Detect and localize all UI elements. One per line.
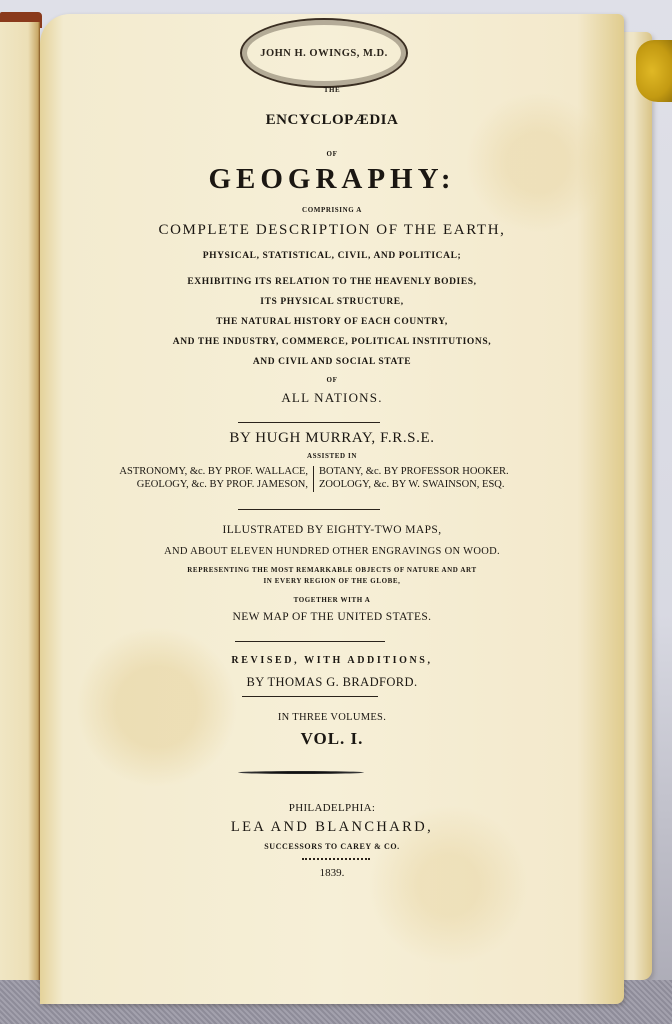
divider-rule-1 xyxy=(238,422,380,423)
reviser-line: BY THOMAS G. BRADFORD. xyxy=(40,675,624,690)
stamp-text: JOHN H. OWINGS, M.D. xyxy=(260,48,388,59)
volume-number: VOL. I. xyxy=(40,729,624,749)
city-line: PHILADELPHIA: xyxy=(40,802,624,814)
natural-history-line: THE NATURAL HISTORY OF EACH COUNTRY, xyxy=(40,317,624,327)
year-line: 1839. xyxy=(40,867,624,879)
divider-rule-3 xyxy=(235,641,385,642)
author-line: BY HUGH MURRAY, F.R.S.E. xyxy=(40,430,624,447)
volumes-line: IN THREE VOLUMES. xyxy=(40,712,624,723)
credit-geology: GEOLOGY, &c. BY PROF. JAMESON, xyxy=(137,479,308,491)
complete-description-line: COMPLETE DESCRIPTION OF THE EARTH, xyxy=(40,222,624,239)
credit-zoology: ZOOLOGY, &c. BY W. SWAINSON, ESQ. xyxy=(319,479,505,491)
ornamental-rule xyxy=(238,771,364,774)
industry-line: AND THE INDUSTRY, COMMERCE, POLITICAL IN… xyxy=(40,337,624,347)
brass-clasp xyxy=(636,40,672,102)
structure-line: ITS PHYSICAL STRUCTURE, xyxy=(40,297,624,307)
together-line: TOGETHER WITH A xyxy=(40,596,624,604)
civil-social-line: AND CIVIL AND SOCIAL STATE xyxy=(40,357,624,367)
all-nations-line: ALL NATIONS. xyxy=(40,390,624,406)
engravings-line: AND ABOUT ELEVEN HUNDRED OTHER ENGRAVING… xyxy=(40,546,624,557)
credit-botany: BOTANY, &c. BY PROFESSOR HOOKER. xyxy=(319,466,509,478)
new-map-line: NEW MAP OF THE UNITED STATES. xyxy=(40,611,624,623)
geography-heading: GEOGRAPHY: xyxy=(40,163,624,196)
revised-line: REVISED, WITH ADDITIONS, xyxy=(40,655,624,666)
publisher-line: LEA AND BLANCHARD, xyxy=(40,819,624,836)
assisted-in-line: ASSISTED IN xyxy=(40,452,624,460)
representing-line: REPRESENTING THE MOST REMARKABLE OBJECTS… xyxy=(40,566,624,574)
owner-stamp: JOHN H. OWINGS, M.D. xyxy=(240,18,408,88)
divider-rule-2 xyxy=(238,509,380,510)
comprising-line: COMPRISING A xyxy=(40,206,624,214)
of-word-1: OF xyxy=(40,150,624,158)
divider-rule-4 xyxy=(242,696,378,697)
dotted-rule xyxy=(302,858,370,860)
credits-divider xyxy=(313,466,314,492)
illustrated-line: ILLUSTRATED BY EIGHTY-TWO MAPS, xyxy=(40,524,624,536)
left-page-edge xyxy=(0,22,40,997)
physical-line: PHYSICAL, STATISTICAL, CIVIL, AND POLITI… xyxy=(40,251,624,261)
of-word-2: OF xyxy=(40,376,624,384)
every-region-line: IN EVERY REGION OF THE GLOBE, xyxy=(40,577,624,585)
encyclopaedia-heading: ENCYCLOPÆDIA xyxy=(40,112,624,129)
exhibiting-line: EXHIBITING ITS RELATION TO THE HEAVENLY … xyxy=(40,277,624,287)
successors-line: SUCCESSORS TO CAREY & CO. xyxy=(40,842,624,851)
the-word: THE xyxy=(40,86,624,94)
credit-astronomy: ASTRONOMY, &c. BY PROF. WALLACE, xyxy=(119,466,308,478)
